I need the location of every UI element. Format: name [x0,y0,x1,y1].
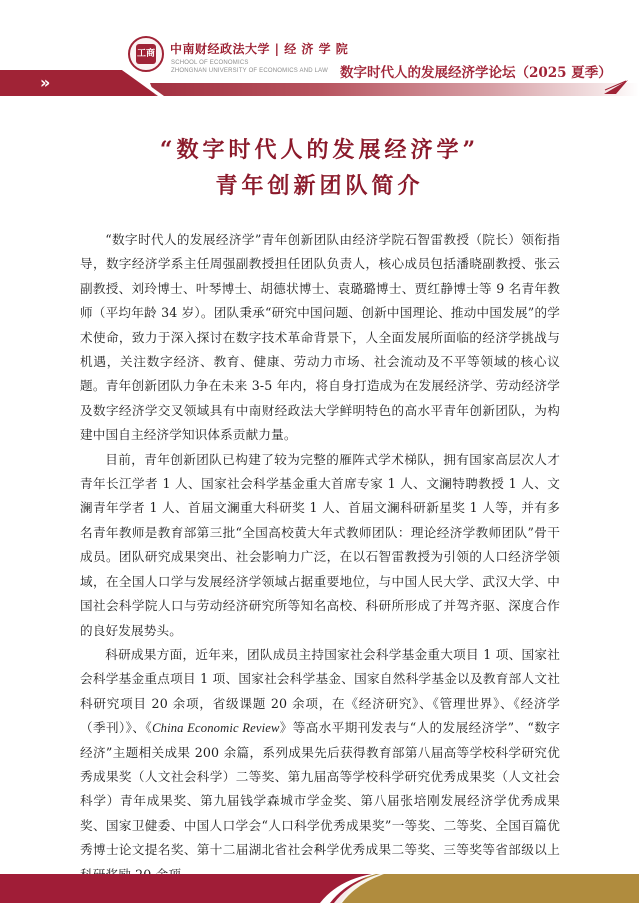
school-name-cn: 中南财经政法大学 | 经 济 学 院 [170,40,348,57]
paragraph-intro: “数字时代人的发展经济学”青年创新团队由经济学院石智雷教授（院长）领衔指导，数字… [80,228,560,448]
university-seal-icon: 工商 [128,36,164,72]
double-chevron-icon: » [40,73,48,93]
header-band-left [0,70,160,96]
paragraph-team-structure: 目前，青年创新团队已构建了较为完整的雁阵式学术梯队，拥有国家高层次人才青年长江学… [80,448,560,643]
footer-band [0,874,639,903]
footer-swoosh-decoration [320,874,390,903]
seal-emblem: 工商 [136,44,156,64]
document-title-line1: “数字时代人的发展经济学” [0,133,639,164]
document-title-line2: 青年创新团队简介 [0,169,639,200]
school-name-en-line2: ZHONGNAN UNIVERSITY OF ECONOMICS AND LAW [171,68,328,74]
achievements-text-part2: 》等高水平期刊发表与“人的发展经济学”、“数字经济”主题相关成果 200 余篇，… [80,720,560,881]
page-header: » 工商 中南财经政法大学 | 经 济 学 院 SCHOOL OF ECONOM… [0,0,639,110]
header-band-right [150,83,639,96]
document-body: “数字时代人的发展经济学”青年创新团队由经济学院石智雷教授（院长）领衔指导，数字… [80,228,560,887]
page-number: 3 [0,843,639,854]
school-name-en-line1: SCHOOL OF ECONOMICS [171,60,249,66]
journal-name-italic: China Economic Review [152,721,279,735]
forum-title: 数字时代人的发展经济学论坛（2025 夏季） [340,61,612,81]
